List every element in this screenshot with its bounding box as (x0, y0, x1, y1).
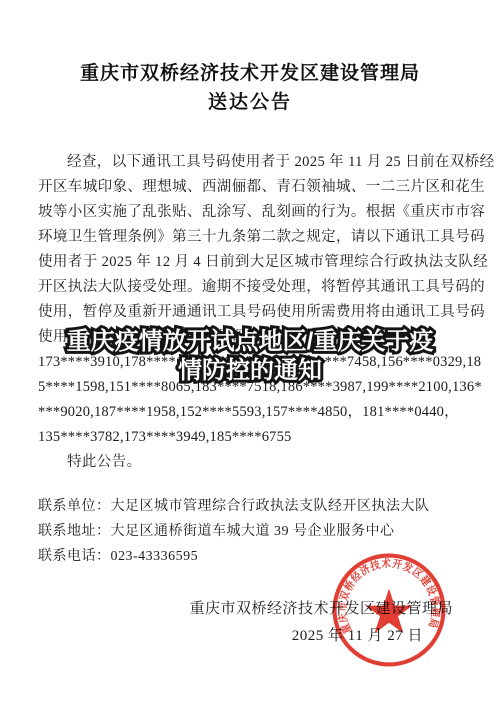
document-body: 经查，以下通讯工具号码使用者于 2025 年 11 月 25 日前在双桥经 开区… (38, 150, 464, 475)
headline-overlay: 重庆疫情放开试点地区/重庆关于疫 重庆疫情放开试点地区/重庆关于疫 情防控的通知… (0, 327, 500, 385)
document-page: 重庆市双桥经济技术开发区建设管理局 送达公告 经查，以下通讯工具号码使用者于 2… (0, 0, 500, 707)
title-line-1: 重庆市双桥经济技术开发区建设管理局 (0, 60, 500, 88)
contact-unit: 联系单位：大足区城市管理综合行政执法支队经开区执法大队 (38, 494, 464, 519)
official-seal: 重庆市双桥经济技术开发区建设管理局 (320, 544, 458, 676)
contact-address: 联系地址：大足区通桥街道车城大道 39 号企业服务中心 (38, 519, 464, 544)
contact-phone-value: 023-43336595 (111, 549, 199, 564)
headline-overlay-line-1: 重庆疫情放开试点地区/重庆关于疫 重庆疫情放开试点地区/重庆关于疫 (0, 327, 500, 356)
title-line-2: 送达公告 (0, 88, 500, 118)
headline-overlay-text: 重庆疫情放开试点地区/重庆关于疫 (0, 327, 500, 356)
document-title: 重庆市双桥经济技术开发区建设管理局 送达公告 (0, 60, 500, 118)
phone-numbers-line: 135****3782,173****3949,185****6755 (38, 425, 464, 450)
closing-statement: 特此公告。 (38, 450, 464, 475)
body-line: 使用，暂停及重新开通通讯工具号码使用所需费用将由通讯工具号码 (38, 300, 464, 325)
headline-overlay-line-2: 情防控的通知 情防控的通知 (0, 356, 500, 385)
phone-numbers-line: ***9020,187****1958,152****5593,157****4… (38, 400, 464, 425)
seal-star-icon (365, 589, 412, 634)
body-line: 开区执法大队接受处理。逾期不接受处理，将暂停其通讯工具号码的 (38, 275, 464, 300)
contact-address-label: 联系地址： (38, 524, 111, 539)
body-line: 环境卫生管理条例》第三十九条第二款之规定，请以下通讯工具号码 (38, 225, 464, 250)
contact-address-value: 大足区通桥街道车城大道 39 号企业服务中心 (111, 524, 395, 539)
body-line: 使用者于 2025 年 12 月 4 日前到大足区城市管理综合行政执法支队经 (38, 250, 464, 275)
contact-unit-value: 大足区城市管理综合行政执法支队经开区执法大队 (111, 499, 430, 514)
contact-unit-label: 联系单位： (38, 499, 111, 514)
body-line: 坡等小区实施了乱张贴、乱涂写、乱刻画的行为。根据《重庆市市容 (38, 200, 464, 225)
body-line: 开区车城印象、理想城、西湖俪都、青石领袖城、一二三片区和花生 (38, 175, 464, 200)
headline-overlay-text: 情防控的通知 (0, 356, 500, 385)
body-line: 经查，以下通讯工具号码使用者于 2025 年 11 月 25 日前在双桥经 (38, 150, 464, 175)
contact-phone-label: 联系电话： (38, 549, 111, 564)
